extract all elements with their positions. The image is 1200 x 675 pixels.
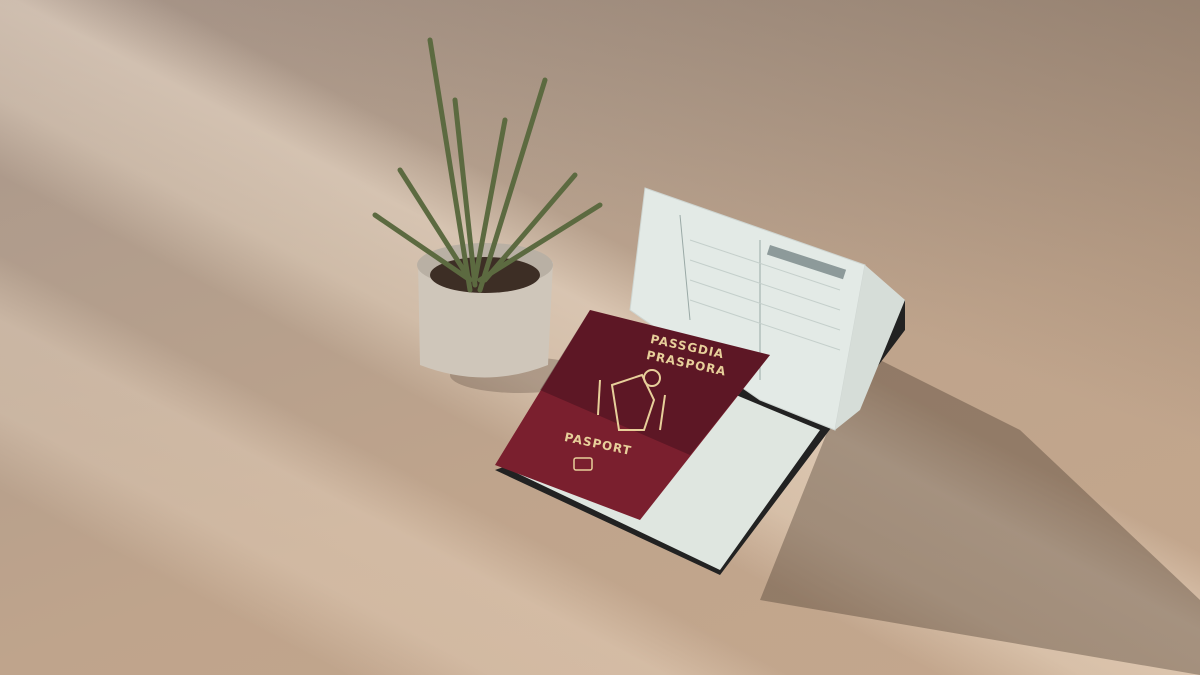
potted-plant <box>375 40 600 378</box>
still-life <box>0 0 1200 675</box>
